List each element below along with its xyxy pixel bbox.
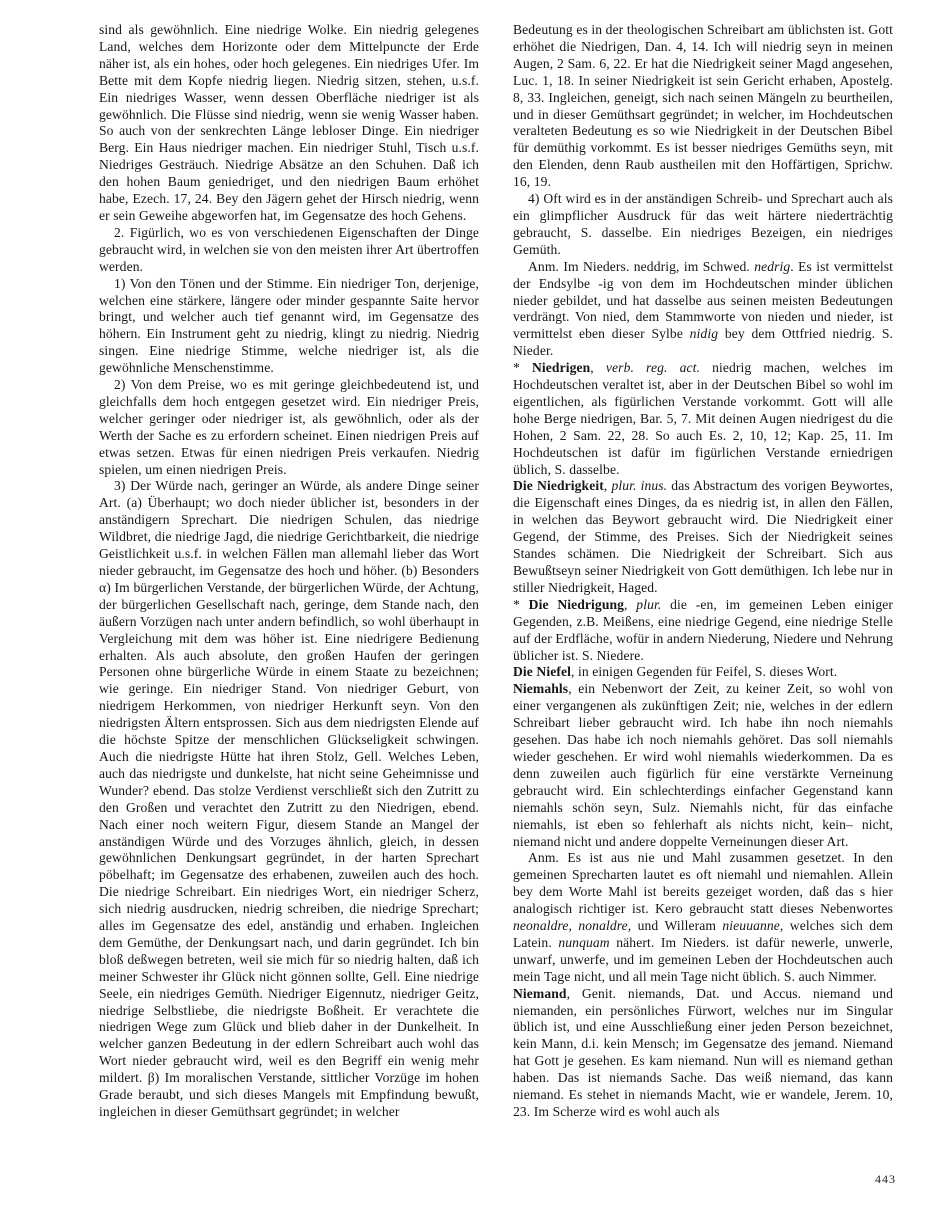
headword: Niemahls: [513, 681, 568, 696]
paragraph: Niemahls, ein Nebenwort der Zeit, zu kei…: [513, 681, 893, 850]
text-run: das Abstractum des vorigen Beywortes, di…: [513, 478, 893, 594]
text-run: nieuuanne,: [722, 918, 783, 933]
text-run: 1) Von den Tönen und der Stimme. Ein nie…: [99, 276, 479, 376]
text-run: ,: [590, 360, 606, 375]
text-run: *: [513, 360, 532, 375]
text-run: , in einigen Gegenden für Feifel, S. die…: [571, 664, 837, 679]
text-run: 2) Von dem Preise, wo es mit geringe gle…: [99, 377, 479, 477]
text-run: , ein Nebenwort der Zeit, zu keiner Zeit…: [513, 681, 893, 848]
text-run: nidig: [690, 326, 718, 341]
text-run: 4) Oft wird es in der anständigen Schrei…: [513, 191, 893, 257]
dictionary-page: sind als gewöhnlich. Eine niedrige Wolke…: [99, 22, 893, 1121]
page-number: 443: [875, 1172, 896, 1187]
paragraph: * Niedrigen, verb. reg. act. niedrig mac…: [513, 360, 893, 478]
text-run: Anm. Es ist aus nie und Mahl zusammen ge…: [513, 850, 893, 916]
text-run: Bedeutung es in der theologischen Schrei…: [513, 22, 893, 189]
text-run: niedrig machen, welches im Hochdeutschen…: [513, 360, 893, 476]
text-run: sind als gewöhnlich. Eine niedrige Wolke…: [99, 22, 479, 223]
text-run: 3) Der Würde nach, geringer an Würde, al…: [99, 478, 479, 1119]
headword: Die Niedrigkeit: [513, 478, 604, 493]
paragraph: 2) Von dem Preise, wo es mit geringe gle…: [99, 377, 479, 478]
paragraph: 2. Figürlich, wo es von verschiedenen Ei…: [99, 225, 479, 276]
text-run: nedrig: [754, 259, 790, 274]
text-run: neonaldre, nonaldre,: [513, 918, 631, 933]
text-run: nunquam: [558, 935, 609, 950]
left-column: sind als gewöhnlich. Eine niedrige Wolke…: [99, 22, 479, 1121]
text-run: Anm. Im Nieders. neddrig, im Schwed.: [528, 259, 754, 274]
paragraph: sind als gewöhnlich. Eine niedrige Wolke…: [99, 22, 479, 225]
paragraph: 1) Von den Tönen und der Stimme. Ein nie…: [99, 276, 479, 377]
paragraph: 4) Oft wird es in der anständigen Schrei…: [513, 191, 893, 259]
right-column: Bedeutung es in der theologischen Schrei…: [513, 22, 893, 1121]
text-run: *: [513, 597, 529, 612]
paragraph: Die Niefel, in einigen Gegenden für Feif…: [513, 664, 893, 681]
paragraph: Niemand, Genit. niemands, Dat. und Accus…: [513, 986, 893, 1121]
paragraph: Anm. Im Nieders. neddrig, im Schwed. ned…: [513, 259, 893, 360]
headword: Die Niefel: [513, 664, 571, 679]
text-run: plur.: [636, 597, 661, 612]
text-run: 2. Figürlich, wo es von verschiedenen Ei…: [99, 225, 479, 274]
paragraph: 3) Der Würde nach, geringer an Würde, al…: [99, 478, 479, 1120]
text-run: plur. inus.: [611, 478, 667, 493]
paragraph: Die Niedrigkeit, plur. inus. das Abstrac…: [513, 478, 893, 596]
headword: Die Niedrigung: [529, 597, 624, 612]
text-run: und Willeram: [631, 918, 722, 933]
paragraph: Anm. Es ist aus nie und Mahl zusammen ge…: [513, 850, 893, 985]
text-run: verb. reg. act.: [606, 360, 700, 375]
text-run: , Genit. niemands, Dat. und Accus. niema…: [513, 986, 893, 1119]
paragraph: Bedeutung es in der theologischen Schrei…: [513, 22, 893, 191]
headword: Niemand: [513, 986, 567, 1001]
headword: Niedrigen: [532, 360, 590, 375]
paragraph: * Die Niedrigung, plur. die -en, im geme…: [513, 597, 893, 665]
text-run: ,: [624, 597, 636, 612]
